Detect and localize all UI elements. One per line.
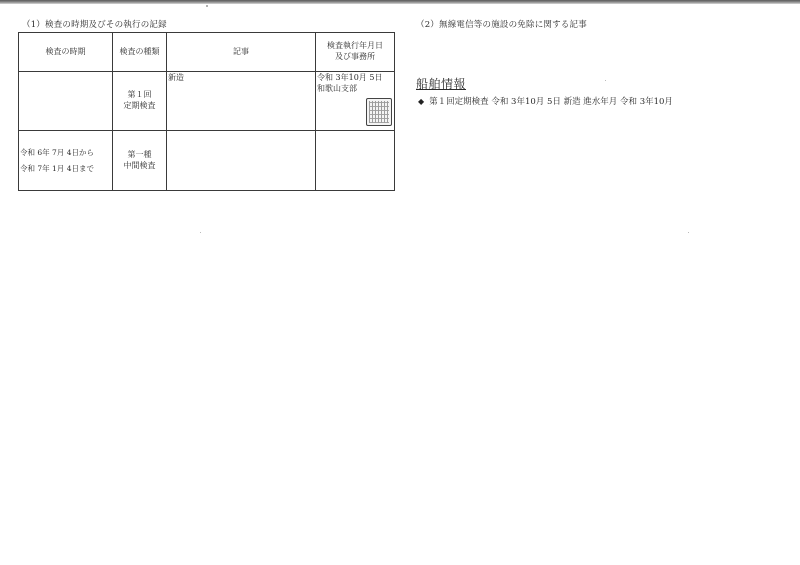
header-exec-line1: 検査執行年月日 bbox=[316, 41, 394, 52]
table-header-row: 検査の時期 検査の種類 記事 検査執行年月日 及び事務所 bbox=[19, 33, 395, 72]
type-line2: 中間検査 bbox=[113, 161, 166, 172]
ship-info-item-text: 第１回定期検査 令和 3年10月 5日 新造 進水年月 令和 3年10月 bbox=[429, 97, 673, 107]
scan-speck bbox=[206, 5, 208, 7]
cell-period: 令和 6年 7月 4日から 令和 7年 1月 4日まで bbox=[19, 131, 113, 191]
type-line2: 定期検査 bbox=[113, 101, 166, 112]
period-from: 令和 6年 7月 4日から bbox=[19, 145, 112, 161]
exec-office: 和歌山支部 bbox=[317, 84, 393, 95]
scan-speck bbox=[200, 232, 201, 233]
ship-info-title: 船舶情報 bbox=[416, 75, 466, 92]
diamond-bullet-icon: ◆ bbox=[418, 97, 424, 106]
inspection-record-table: 検査の時期 検査の種類 記事 検査執行年月日 及び事務所 第１回 定期検査 新造… bbox=[18, 32, 395, 191]
period-to: 令和 7年 1月 4日まで bbox=[19, 161, 112, 177]
cell-execution: 令和 3年10月 5日 和歌山支部 bbox=[316, 72, 395, 131]
ship-info-item: ◆第１回定期検査 令和 3年10月 5日 新造 進水年月 令和 3年10月 bbox=[418, 95, 673, 107]
header-remarks: 記事 bbox=[167, 33, 316, 72]
table-row: 第１回 定期検査 新造 令和 3年10月 5日 和歌山支部 bbox=[19, 72, 395, 131]
cell-execution bbox=[316, 131, 395, 191]
header-exec-line2: 及び事務所 bbox=[316, 52, 394, 63]
cell-type: 第１回 定期検査 bbox=[113, 72, 167, 131]
section-2-heading: （2）無線電信等の施設の免除に関する記事 bbox=[416, 18, 587, 30]
scan-speck bbox=[688, 232, 689, 233]
table-row: 令和 6年 7月 4日から 令和 7年 1月 4日まで 第一種 中間検査 bbox=[19, 131, 395, 191]
exec-date: 令和 3年10月 5日 bbox=[317, 73, 393, 84]
header-inspection-type: 検査の種類 bbox=[113, 33, 167, 72]
cell-type: 第一種 中間検査 bbox=[113, 131, 167, 191]
cell-remarks: 新造 bbox=[167, 72, 316, 131]
scan-speck bbox=[605, 80, 606, 81]
type-line1: 第１回 bbox=[113, 90, 166, 101]
scan-edge-shadow bbox=[0, 0, 800, 4]
type-line1: 第一種 bbox=[113, 150, 166, 161]
header-execution-date-office: 検査執行年月日 及び事務所 bbox=[316, 33, 395, 72]
section-1-heading: （1）検査の時期及びその執行の記録 bbox=[22, 18, 167, 30]
header-inspection-period: 検査の時期 bbox=[19, 33, 113, 72]
cell-remarks bbox=[167, 131, 316, 191]
official-seal-icon bbox=[366, 98, 392, 126]
cell-period bbox=[19, 72, 113, 131]
